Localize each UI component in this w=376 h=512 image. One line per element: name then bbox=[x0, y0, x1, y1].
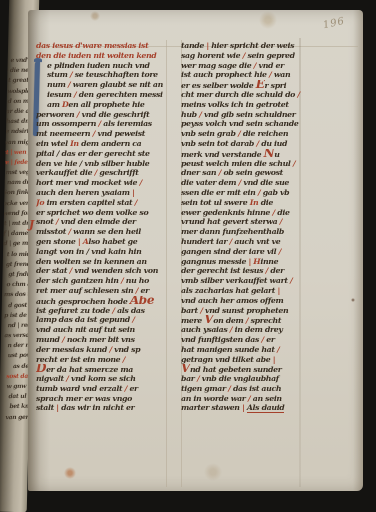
margin-fragment: t | mt dn bbox=[3, 219, 30, 229]
text-line: peust welch mien die schul / bbox=[181, 159, 331, 169]
text-line: verkauffet die / geschrifft bbox=[36, 168, 172, 178]
text-line: als zacharias hat gelart | bbox=[181, 286, 331, 296]
text-line: vnb sein grab / die reichen bbox=[181, 129, 331, 139]
text-line: tumb ward vnd erzalt / er bbox=[36, 384, 172, 394]
margin-fragment: d | ge mb bbox=[3, 239, 30, 249]
text-line: getragn vnd tilket abe | bbox=[181, 355, 331, 365]
text-line: Der da hat smercze ma bbox=[36, 364, 172, 374]
margin-fragment: ocke vent bbox=[3, 198, 30, 208]
margin-fragment: o chm a bbox=[4, 280, 31, 290]
text-line: der gerecht ist iesus / der bbox=[181, 266, 331, 276]
text-line: sag horent wie / sein gepred bbox=[181, 51, 331, 61]
folio-number: 196 bbox=[322, 16, 346, 31]
text-line: stum / se teuschhaften tore bbox=[36, 70, 172, 80]
text-line: ist auch prophect hie / wan bbox=[181, 70, 331, 80]
text-line: cht mer durch die schuld do / bbox=[181, 90, 331, 100]
text-line: vnd auch nit auf tut sein bbox=[36, 325, 172, 335]
margin-fragment: e ndsirt bbox=[2, 127, 29, 137]
text-line: recht er ist ein mone / bbox=[36, 355, 172, 365]
text-line: mt neemeern / vnd peweist bbox=[36, 129, 172, 139]
text-line: auch gesprochen hode Abe bbox=[36, 296, 172, 306]
text-line: bar / vnb die vnglaubhaf bbox=[181, 374, 331, 384]
text-line: hundert iar / auch vnt ve bbox=[181, 237, 331, 247]
text-line: pital / das er der gerecht ste bbox=[36, 149, 172, 159]
manuscript-photo: e vnd'o die net greatd wolspldd on mdar … bbox=[0, 0, 376, 512]
margin-fragment: dar die a bbox=[2, 107, 29, 117]
margin-fragment: t great bbox=[2, 76, 29, 86]
margin-fragment: t lo mid bbox=[3, 249, 30, 259]
margin-fragment: o die ne bbox=[2, 66, 29, 76]
margin-fragment: van mig bbox=[2, 137, 29, 147]
margin-fragment: Son fink l bbox=[3, 188, 30, 198]
text-line: gangen sind der iare vil / bbox=[181, 247, 331, 257]
text-line: gen stone | Also habet ge bbox=[36, 237, 172, 247]
text-line: Vnd hat gebeten sunder bbox=[181, 364, 331, 374]
text-line: stalt | das wir in nicht er bbox=[36, 403, 172, 413]
text-line: am Den all prophete hie bbox=[36, 100, 172, 110]
text-line: um ossompern / als ieremias bbox=[36, 119, 172, 129]
margin-fragment: e vnd' bbox=[1, 56, 28, 66]
text-line: hat manigen sunde hat / bbox=[181, 345, 331, 355]
margin-fragment: ms dos u bbox=[4, 290, 31, 300]
text-column-left: das iesus d'ware messias istden die iude… bbox=[36, 41, 172, 413]
text-line: perworen / vnd die geschrift bbox=[36, 110, 172, 120]
text-line: sein tot ul swere In die bbox=[181, 198, 331, 208]
text-line: ewer gedenknis hinne / die bbox=[181, 208, 331, 218]
text-line: vnd auch her amos offem bbox=[181, 296, 331, 306]
red-marginal-initial: J bbox=[29, 218, 34, 231]
text-line: ssen die er mit ein / gab vb bbox=[181, 188, 331, 198]
text-line: er es selber wolde Er spri bbox=[181, 80, 331, 90]
margin-fragment: d on m bbox=[2, 97, 29, 107]
text-line: die vater dem / vnd die sue bbox=[181, 178, 331, 188]
text-line: misstot / wann se den heil bbox=[36, 227, 172, 237]
text-line: sprach mer er was vngo bbox=[36, 394, 172, 404]
text-line: das iesus d'ware messias ist bbox=[36, 41, 172, 51]
text-line: vnb sein tot darab / du iud bbox=[181, 139, 331, 149]
text-line: peyss volch vnd sein schande bbox=[181, 119, 331, 129]
text-line: hub / vnd gib sein schuldner bbox=[181, 110, 331, 120]
text-line: bart / vnd sunst propheten bbox=[181, 306, 331, 316]
manuscript-page: 196 J das iesus d'ware messias istden di… bbox=[28, 10, 363, 491]
text-line: iesum / den gerechten messi bbox=[36, 90, 172, 100]
margin-fragment: wend for e bbox=[3, 209, 30, 219]
margin-fragment: f | dame p bbox=[3, 229, 30, 239]
margin-fragment: gt fndn bbox=[4, 270, 31, 280]
text-line: den ve hie / vnb silber huble bbox=[36, 159, 172, 169]
text-line: tigen gmar / das ist auch bbox=[181, 384, 331, 394]
margin-fragment: d wolspld bbox=[2, 86, 29, 96]
text-line: langt von in / vnd kain hin bbox=[36, 247, 172, 257]
text-line: wer mag sage die / vnd er bbox=[181, 61, 331, 71]
margin-fragment: mst veg bbox=[3, 168, 30, 178]
text-line: meins volks ich in getrotet bbox=[181, 100, 331, 110]
text-line: den wolten se in kennen an bbox=[36, 257, 172, 267]
text-line: ist gefuret zu tode / als das bbox=[36, 306, 172, 316]
text-line: an in worde war / an sein bbox=[181, 394, 331, 404]
margin-fragment: hast dn bbox=[2, 117, 29, 127]
text-column-right: tande | hier spricht der weissag horent … bbox=[181, 41, 331, 413]
margin-fragment: et | wen f bbox=[2, 148, 29, 158]
text-line: der sich gantzen hin / nu ho bbox=[36, 276, 172, 286]
margin-fragment: gt frend bbox=[4, 260, 31, 270]
text-line: auch ysaias / in dem drey bbox=[181, 325, 331, 335]
text-line: snot / vnd den elmde der bbox=[36, 217, 172, 227]
text-line: Jo im ersten capitel stat / bbox=[36, 198, 172, 208]
text-line: nigvalt / vnd kom se sich bbox=[36, 374, 172, 384]
text-line: merk vnd verstande Nu bbox=[181, 149, 331, 159]
text-line: lamp das da ist gepund / bbox=[36, 315, 172, 325]
text-line: vmb silber verkauffet wart / bbox=[181, 276, 331, 286]
text-line: er sprichet wo dem volke so bbox=[36, 208, 172, 218]
text-line: der messias kund / vnd sp bbox=[36, 345, 172, 355]
text-line: den die iuden nit wolten kend bbox=[36, 51, 172, 61]
text-line: vrund hat gevert sterwa / bbox=[181, 217, 331, 227]
text-line: e plinden iuden nuch vnd bbox=[36, 61, 172, 71]
margin-fragment: re | fedem bbox=[3, 158, 30, 168]
text-line: tande | hier spricht der weis bbox=[181, 41, 331, 51]
text-line: dner san / ob sein gewost bbox=[181, 168, 331, 178]
text-line: auch den heren ysaiam | bbox=[36, 188, 172, 198]
text-line: ret mer auf schlesen sin / er bbox=[36, 286, 172, 296]
text-line: ein wtel In dem andern ca bbox=[36, 139, 172, 149]
text-line: marter stawen | Als dauid bbox=[181, 403, 331, 413]
text-line: mund / noch mer bit vns bbox=[36, 335, 172, 345]
text-line: gangnus messie | Hinne bbox=[181, 257, 331, 267]
text-line: mer dann funfzehenthalb bbox=[181, 227, 331, 237]
text-line: vnd funftigsten das / er bbox=[181, 335, 331, 345]
margin-fragment: t nam dn bbox=[3, 178, 30, 188]
text-line: mere Von dem / sprecht bbox=[181, 315, 331, 325]
text-line: der stat / vnd wenden sich von bbox=[36, 266, 172, 276]
text-line: hort mer vnd mocket wie / bbox=[36, 178, 172, 188]
text-line: num / waren glaubt se nit an bbox=[36, 80, 172, 90]
